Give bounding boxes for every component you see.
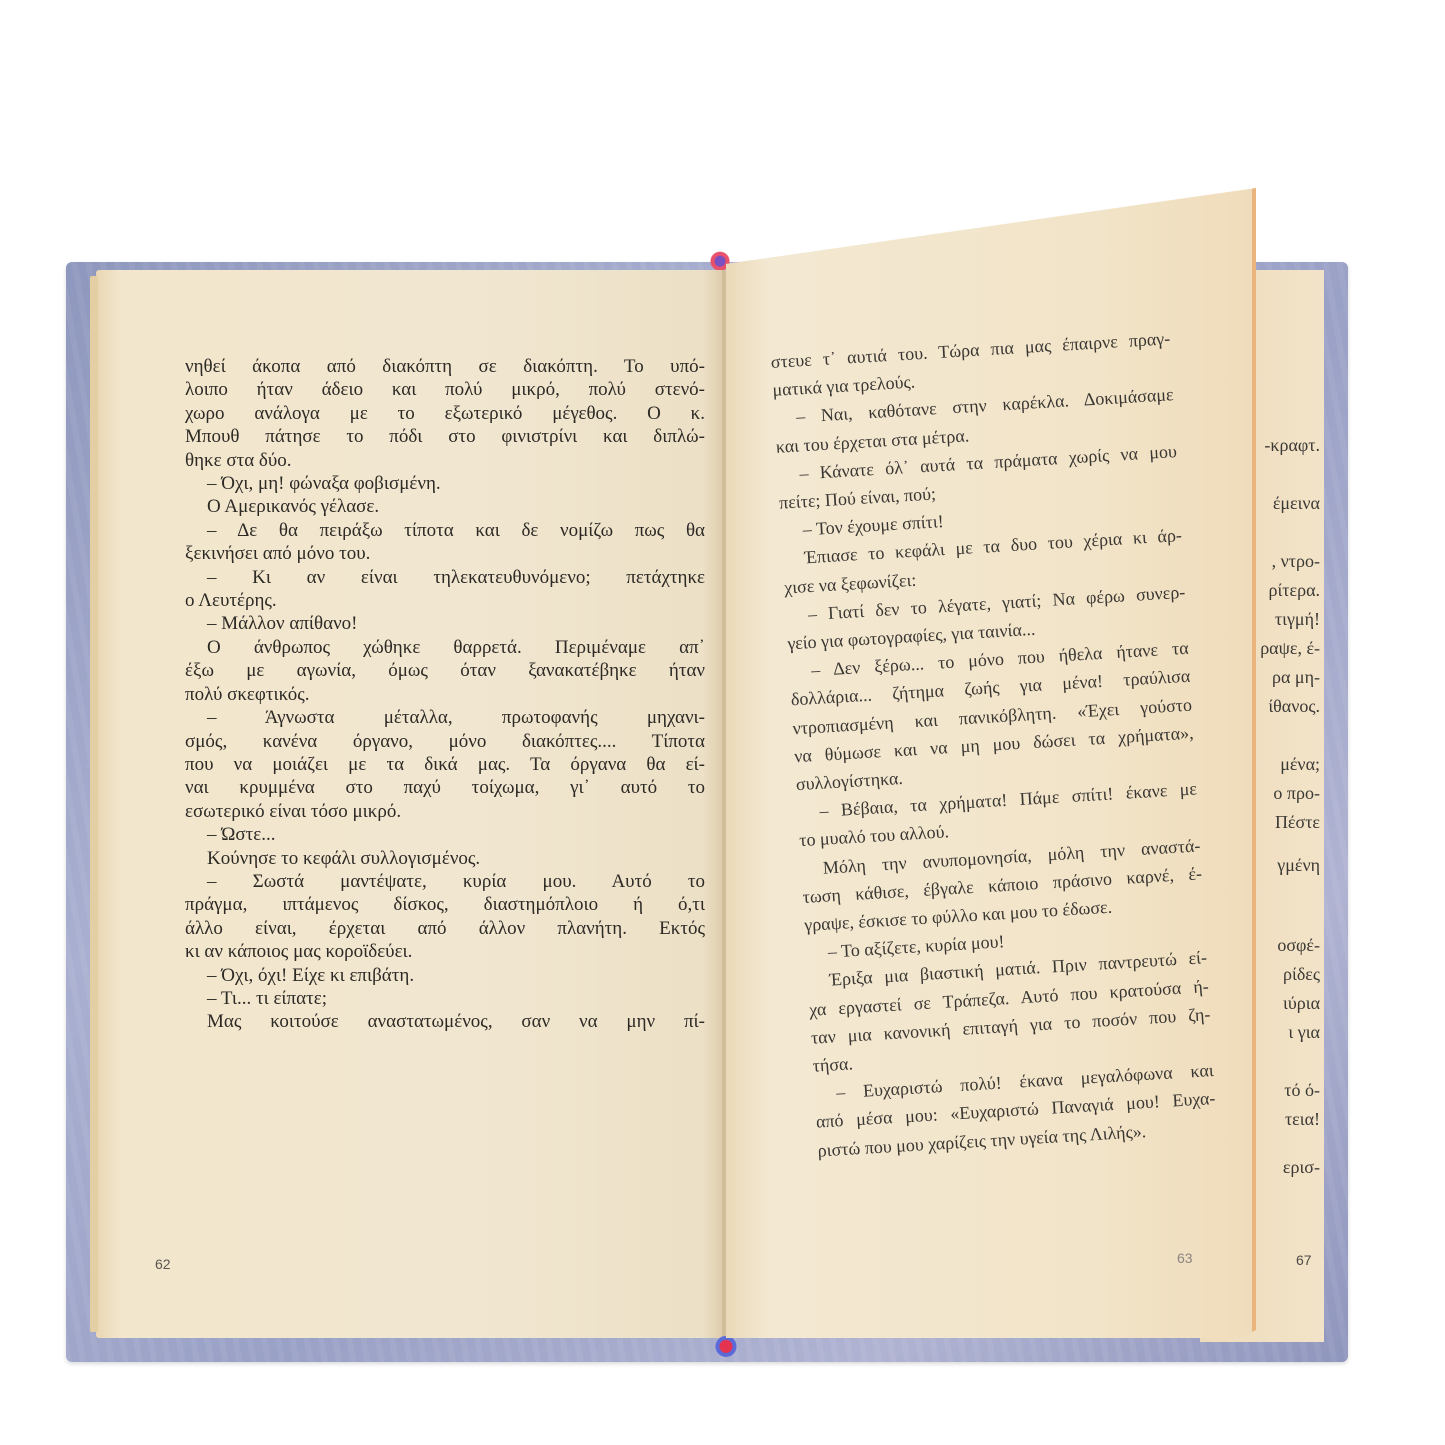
- text-fragment: γμένη: [1277, 855, 1320, 876]
- text-line: Μας κοιτούσε αναστατωμένος, σαν να μην π…: [185, 1010, 705, 1033]
- text-line: ναι κρυμμένα στο παχύ τοίχωμα, γι᾽ αυτό …: [185, 776, 705, 799]
- text-fragment: τό ό-: [1284, 1080, 1320, 1101]
- text-fragment: Πέστε: [1275, 812, 1320, 833]
- text-line: Ο Αμερικανός γέλασε.: [185, 495, 705, 518]
- page-62-body: νηθεί άκοπα από διακόπτη σε διακόπτη. Το…: [185, 355, 705, 1034]
- text-fragment: ιύρια: [1283, 993, 1320, 1014]
- text-line: – Όχι, μη! φώναξα φοβισμένη.: [185, 472, 705, 495]
- text-line: – Άγνωστα μέταλλα, πρωτοφανής μηχανι-: [185, 706, 705, 729]
- text-line: άλλο είναι, έρχεται από άλλον πλανήτη. Ε…: [185, 917, 705, 940]
- page-number-62: 62: [155, 1256, 171, 1272]
- page-edge: [1252, 188, 1256, 1338]
- text-line: πράγμα, ιπτάμενος δίσκος, διαστημόπλοιο …: [185, 893, 705, 916]
- text-fragment: μένα;: [1280, 754, 1320, 775]
- text-fragment: ρίδες: [1283, 964, 1320, 985]
- text-fragment: -κραφτ.: [1264, 435, 1320, 456]
- text-fragment: ραψε, έ-: [1260, 638, 1320, 659]
- text-fragment: ι για: [1288, 1022, 1320, 1043]
- text-line: – Ώστε...: [185, 823, 705, 846]
- headband-bottom: [704, 1336, 748, 1362]
- text-line: κι αν κάποιος μας κοροϊδεύει.: [185, 940, 705, 963]
- text-line: εσωτερικό είναι τόσο μικρό.: [185, 800, 705, 823]
- text-fragment: τιγμή!: [1275, 609, 1320, 630]
- text-fragment: έμεινα: [1273, 493, 1320, 514]
- text-line: – Όχι, όχι! Είχε κι επιβάτη.: [185, 964, 705, 987]
- text-fragment: ρα μη-: [1272, 667, 1320, 688]
- text-line: έξω με αγωνία, όμως όταν ξανακατέβηκε ήτ…: [185, 659, 705, 682]
- text-fragment: , ντρο-: [1272, 551, 1320, 572]
- text-line: σμός, κανένα όργανο, μόνο διακόπτες.... …: [185, 730, 705, 753]
- text-line: πολύ σκεφτικός.: [185, 683, 705, 706]
- page-63-body: στευε τ᾽ αυτιά του. Τώρα πια μας έπαιρνε…: [770, 324, 1218, 1164]
- text-line: – Μάλλον απίθανο!: [185, 612, 705, 635]
- page-block-edge: [90, 276, 98, 1332]
- text-line: θηκε στα δύο.: [185, 449, 705, 472]
- text-fragment: ίθανος.: [1268, 696, 1320, 717]
- text-fragment: τεια!: [1285, 1109, 1320, 1130]
- text-line: λοιπο ήταν άδειο και πολύ μικρό, πολύ στ…: [185, 378, 705, 401]
- text-fragment: ο προ-: [1273, 783, 1320, 804]
- text-line: νηθεί άκοπα από διακόπτη σε διακόπτη. Το…: [185, 355, 705, 378]
- page-number-63: 63: [1177, 1250, 1193, 1266]
- book-photo: νηθεί άκοπα από διακόπτη σε διακόπτη. Το…: [0, 0, 1445, 1445]
- text-line: Ο άνθρωπος χώθηκε θαρρετά. Περιμέναμε απ…: [185, 636, 705, 659]
- text-line: – Κι αν είναι τηλεκατευθυνόμενο; πετάχτη…: [185, 566, 705, 589]
- text-line: Μπουθ πάτησε το πόδι στο φινιστρίνι και …: [185, 425, 705, 448]
- text-line: χωρο ανάλογα με το εξωτερικό μέγεθος. Ο …: [185, 402, 705, 425]
- text-fragment: ρίτερα.: [1268, 580, 1320, 601]
- text-line: που να μοιάζει με τα δικά μας. Τα όργανα…: [185, 753, 705, 776]
- text-line: – Τι... τι είπατε;: [185, 987, 705, 1010]
- page-number-67: 67: [1296, 1252, 1312, 1268]
- text-line: ξεκινήσει από μόνο του.: [185, 542, 705, 565]
- text-fragment: οσφέ-: [1277, 935, 1320, 956]
- text-line: ο Λευτέρης.: [185, 589, 705, 612]
- text-line: Κούνησε το κεφάλι συλλογισμένος.: [185, 847, 705, 870]
- text-line: – Σωστά μαντέψατε, κυρία μου. Αυτό το: [185, 870, 705, 893]
- text-fragment: ερισ-: [1283, 1157, 1320, 1178]
- text-line: – Δε θα πειράξω τίποτα και δε νομίζω πως…: [185, 519, 705, 542]
